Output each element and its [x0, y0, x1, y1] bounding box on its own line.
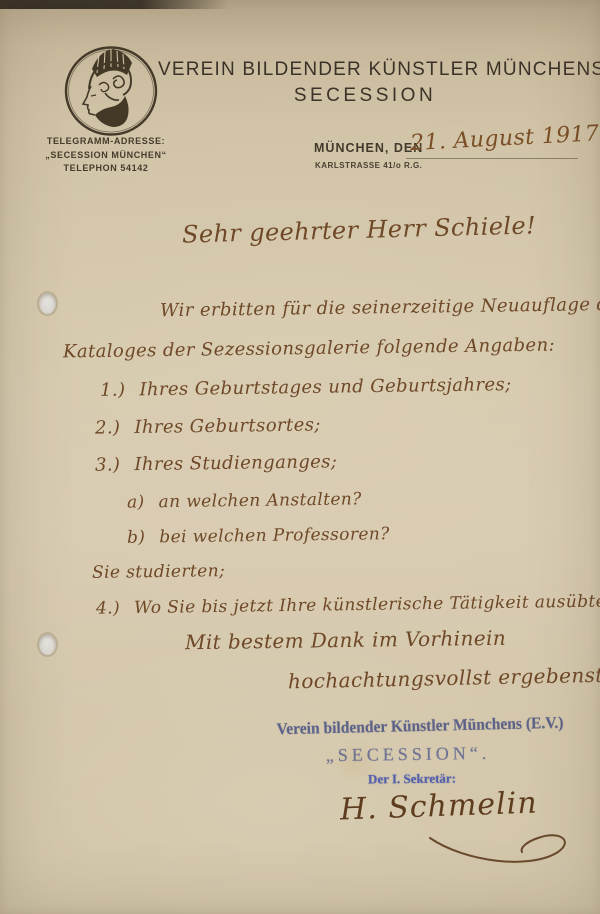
- street-address: KARLSTRASSE 41/o R.G.: [315, 161, 422, 170]
- item-number: 3.): [95, 454, 121, 475]
- stamp-secretary-line: Der I. Sekretär:: [352, 770, 472, 787]
- telegram-address: „SECESSION MÜNCHEN“: [30, 149, 182, 163]
- item-text: Ihres Geburtstages und Geburtsjahres;: [139, 374, 511, 400]
- item-text: Ihres Geburtsortes;: [134, 414, 321, 438]
- athena-emblem-icon: [60, 44, 162, 138]
- item-number: b): [127, 528, 146, 548]
- scan-edge-top: [0, 0, 228, 9]
- punch-hole-bottom: [39, 634, 56, 655]
- list-item: 3.)Ihres Studienganges;: [95, 451, 338, 475]
- telegram-block: TELEGRAMM-ADRESSE: „SECESSION MÜNCHEN“ T…: [30, 135, 182, 176]
- signature: H. Schmelin: [339, 786, 538, 828]
- item-text: Wo Sie bis jetzt Ihre künstlerische Täti…: [134, 591, 600, 618]
- org-name-block: VEREIN BILDENDER KÜNSTLER MÜNCHENS SECES…: [158, 59, 572, 107]
- item-text: Sie studierten;: [92, 561, 225, 583]
- punch-hole-top: [39, 293, 56, 314]
- salutation: Sehr geehrter Herr Schiele!: [182, 211, 537, 248]
- list-item: 2.)Ihres Geburtsortes;: [95, 414, 321, 438]
- telegram-label: TELEGRAMM-ADRESSE:: [30, 135, 182, 149]
- stamp-secession-line: „SECESSION“.: [318, 743, 498, 767]
- item-text: bei welchen Professoren?: [159, 524, 390, 547]
- stamp-org-line: Verein bildender Künstler Münchens (E.V.…: [271, 713, 568, 740]
- item-number: 4.): [96, 598, 120, 618]
- telephone-number: TELEPHON 54142: [30, 162, 182, 176]
- closing-line: hochachtungsvollst ergebenst,: [288, 663, 600, 694]
- item-text: an welchen Anstalten?: [158, 489, 361, 512]
- list-item: 4.)Wo Sie bis jetzt Ihre künstlerische T…: [96, 591, 600, 618]
- item-number: 2.): [95, 417, 121, 438]
- intro-line-1: Wir erbitten für die seinerzeitige Neuau…: [160, 294, 600, 322]
- intro-line-2: Kataloges der Sezessionsgalerie folgende…: [63, 335, 555, 363]
- thanks-line: Mit bestem Dank im Vorhinein: [185, 626, 506, 654]
- item-number: a): [127, 492, 145, 512]
- org-name-line2: SECESSION: [158, 85, 572, 107]
- item-number: 1.): [100, 380, 126, 401]
- list-item: Sie studierten;: [92, 561, 225, 583]
- org-name-line1: VEREIN BILDENDER KÜNSTLER MÜNCHENS: [158, 59, 572, 81]
- list-item: 1.)Ihres Geburtstages und Geburtsjahres;: [100, 374, 512, 401]
- item-text: Ihres Studienganges;: [134, 451, 337, 475]
- list-subitem: b)bei welchen Professoren?: [127, 524, 390, 548]
- list-subitem: a)an welchen Anstalten?: [127, 489, 362, 512]
